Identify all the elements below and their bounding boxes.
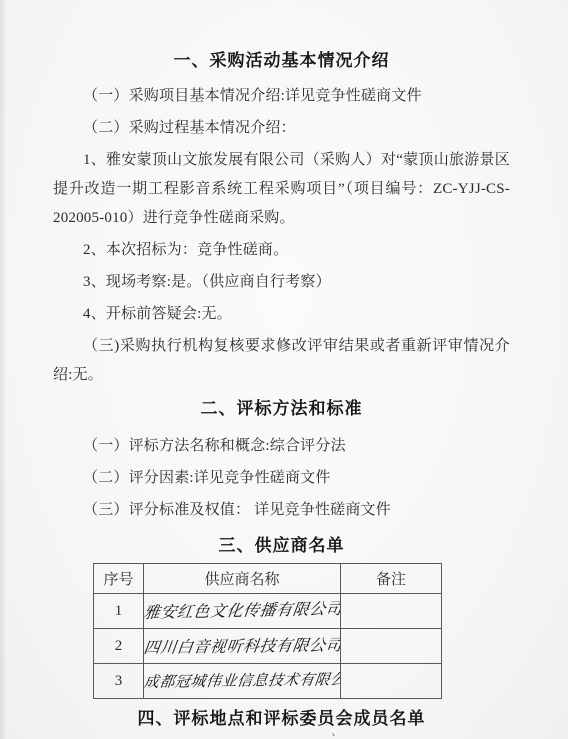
handwritten-supplier-name: 雅安红色文化传播有限公司 — [144, 595, 341, 622]
scan-artifact-mark: 、 — [330, 723, 344, 739]
table-header-row: 序号 供应商名称 备注 — [94, 564, 442, 594]
table-row: 2 四川白音视听科技有限公司 — [94, 629, 442, 664]
cell-remark — [341, 594, 442, 629]
cell-supplier-name: 成都冠城伟业信息技术有限公司 — [144, 664, 341, 699]
section-4-title: 四、评标地点和评标委员会成员名单 — [53, 708, 510, 730]
paragraph: 3、现场考察:是。（供应商自行考察） — [53, 268, 510, 297]
section-1-title: 一、采购活动基本情况介绍 — [53, 50, 510, 72]
cell-row-number: 3 — [94, 664, 144, 699]
supplier-table: 序号 供应商名称 备注 1 雅安红色文化传播有限公司 2 四川白音视听科技有限公… — [93, 563, 442, 699]
document-content: 一、采购活动基本情况介绍 （一）采购项目基本情况介绍:详见竞争性磋商文件 （二）… — [0, 50, 568, 730]
document-page: 一、采购活动基本情况介绍 （一）采购项目基本情况介绍:详见竞争性磋商文件 （二）… — [0, 0, 568, 739]
cell-remark — [341, 629, 442, 664]
paragraph: （三）评分标准及权值： 详见竞争性磋商文件 — [53, 496, 510, 525]
paragraph: （一）采购项目基本情况介绍:详见竞争性磋商文件 — [53, 82, 510, 111]
table-row: 1 雅安红色文化传播有限公司 — [94, 594, 442, 629]
cell-row-number: 2 — [94, 629, 144, 664]
cell-remark — [341, 664, 442, 699]
table-row: 3 成都冠城伟业信息技术有限公司 — [94, 664, 442, 699]
paragraph: （一）评标方法名称和概念:综合评分法 — [53, 432, 510, 461]
table-header-supplier-name: 供应商名称 — [144, 564, 341, 594]
paragraph: 2、本次招标为：竞争性磋商。 — [53, 236, 510, 265]
paragraph: 4、开标前答疑会:无。 — [53, 300, 510, 329]
paragraph: （二）评分因素:详见竞争性磋商文件 — [53, 464, 510, 493]
paragraph: （三)采购执行机构复核要求修改评审结果或者重新评审情况介绍:无。 — [53, 332, 510, 390]
cell-supplier-name: 四川白音视听科技有限公司 — [144, 629, 341, 664]
cell-supplier-name: 雅安红色文化传播有限公司 — [144, 594, 341, 629]
paragraph: （二）采购过程基本情况介绍： — [53, 114, 510, 143]
table-header-no: 序号 — [94, 564, 144, 594]
cell-row-number: 1 — [94, 594, 144, 629]
section-3-title: 三、供应商名单 — [53, 535, 510, 557]
table-header-remark: 备注 — [341, 564, 442, 594]
handwritten-supplier-name: 成都冠城伟业信息技术有限公司 — [144, 667, 341, 691]
paragraph: 1、雅安蒙顶山文旅发展有限公司（采购人）对“蒙顶山旅游景区提升改造一期工程影音系… — [53, 146, 510, 233]
section-2-title: 二、评标方法和标准 — [53, 398, 510, 420]
handwritten-supplier-name: 四川白音视听科技有限公司 — [144, 632, 341, 658]
